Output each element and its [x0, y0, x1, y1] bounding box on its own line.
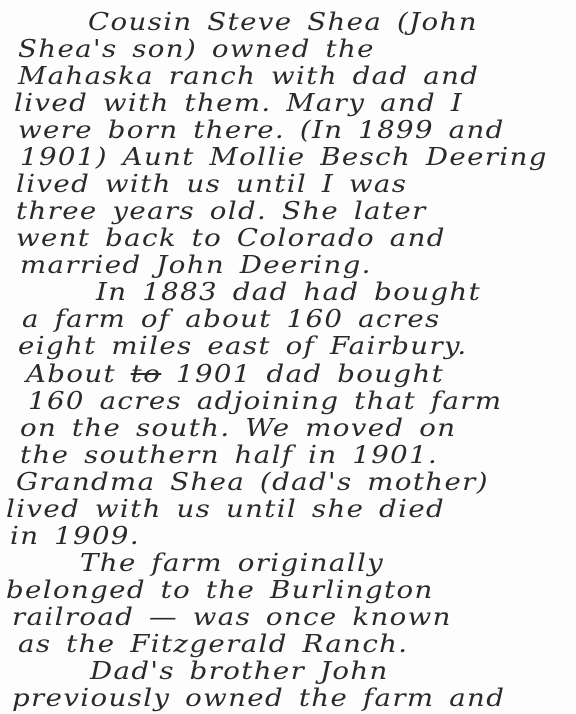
text-line: Shea's son) owned the	[18, 35, 375, 63]
text-line: a farm of about 160 acres	[22, 305, 441, 333]
text-line: In 1883 dad had bought	[96, 278, 481, 306]
text-line: previously owned the farm and	[12, 684, 505, 712]
text-line: went back to Colorado and	[16, 224, 446, 252]
text-line: on the south. We moved on	[20, 414, 456, 442]
text-line: Dad's brother John	[90, 657, 389, 685]
text-line: 1901) Aunt Mollie Besch Deering	[20, 143, 548, 171]
text-line: railroad — was once known	[12, 603, 452, 631]
text-line: Mahaska ranch with dad and	[18, 62, 479, 90]
text-line: Grandma Shea (dad's mother)	[16, 468, 489, 496]
struck-text: to	[131, 360, 161, 388]
text-line: three years old. She later	[16, 197, 427, 225]
text-line: Cousin Steve Shea (John	[88, 8, 478, 36]
text-line: as the Fitzgerald Ranch.	[18, 630, 408, 658]
text-line: were born there. (In 1899 and	[18, 116, 505, 144]
text-line: The farm originally	[80, 549, 384, 577]
text-line: lived with us until I was	[16, 170, 407, 198]
text-fragment: About	[26, 360, 116, 388]
text-line: eight miles east of Fairbury.	[18, 332, 468, 360]
text-line: belonged to the Burlington	[6, 576, 434, 604]
text-line: About to 1901 dad bought	[26, 360, 444, 388]
text-line: lived with them. Mary and I	[14, 89, 463, 117]
text-line: the southern half in 1901.	[20, 441, 438, 469]
text-line: lived with us until she died	[6, 495, 445, 523]
text-fragment: 1901 dad bought	[176, 360, 444, 388]
text-line: 160 acres adjoining that farm	[28, 387, 502, 415]
text-line: married John Deering.	[20, 251, 372, 279]
text-line: in 1909.	[10, 522, 140, 550]
handwritten-page: Cousin Steve Shea (John Shea's son) owne…	[0, 0, 576, 714]
